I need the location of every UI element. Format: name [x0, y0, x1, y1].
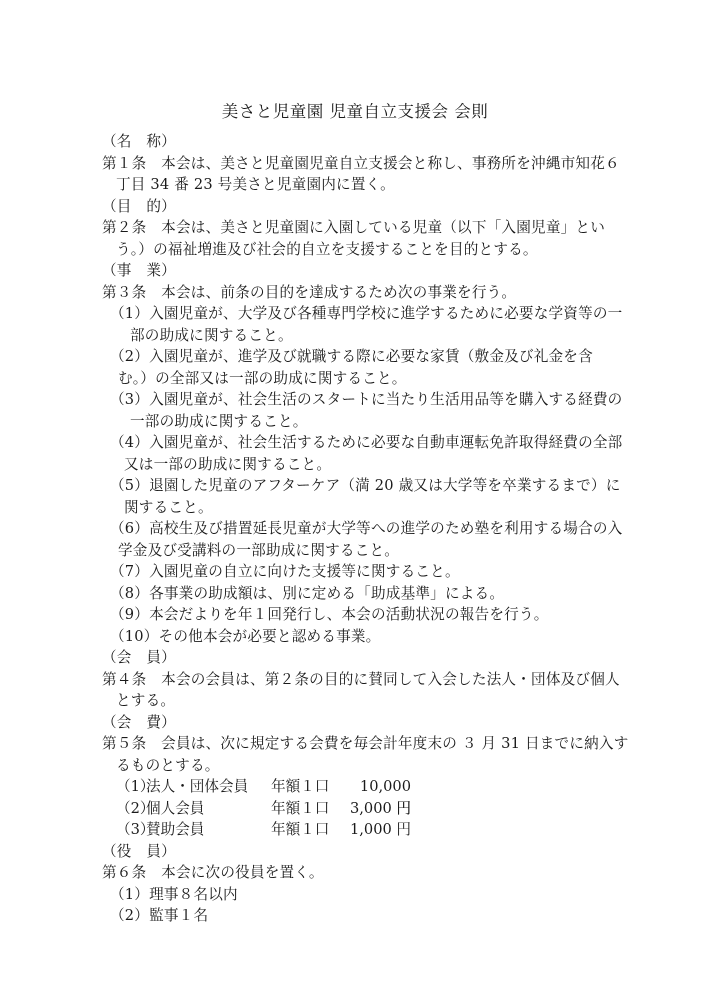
business-item-1: （1）入園児童が、大学及び各種専門学校に進学するために必要な学資等の一: [102, 303, 647, 325]
document-title: 美さと児童園 児童自立支援会 会則: [0, 98, 710, 122]
fee-row: （3） 賛助会員 年額１口 1,000 円: [102, 819, 647, 841]
article-3: 第３条 本会は、前条の目的を達成するため次の事業を行う。: [102, 282, 647, 304]
fee-amount: 1,000 円: [347, 819, 411, 841]
article-2-cont: う。）の福祉増進及び社会的自立を支援することを目的とする。: [102, 239, 647, 261]
article-4-cont: とする。: [102, 690, 647, 712]
business-item-5: （5）退園した児童のアフターケア（満 20 歳又は大学等を卒業するまで）に: [102, 475, 647, 497]
fee-unit: 年額１口: [271, 819, 347, 841]
fee-member-type: 個人会員: [146, 798, 271, 820]
section-heading-business: （事 業）: [102, 260, 647, 282]
fee-unit: 年額１口: [271, 798, 347, 820]
officer-item-2: （2）監事１名: [102, 905, 647, 927]
business-item-10: （10）その他本会が必要と認める事業。: [102, 626, 647, 648]
article-4: 第４条 本会の会員は、第２条の目的に賛同して入会した法人・団体及び個人: [102, 669, 647, 691]
fee-member-type: 賛助会員: [146, 819, 271, 841]
business-item-7: （7）入園児童の自立に向けた支援等に関すること。: [102, 561, 647, 583]
business-item-2-cont: む。）の全部又は一部の助成に関すること。: [102, 368, 647, 390]
fee-row: （1） 法人・団体会員 年額１口 10,000 円: [102, 776, 647, 798]
section-heading-name: （名 称）: [102, 131, 647, 153]
fee-number: （1）: [116, 776, 146, 798]
officer-item-1: （1）理事８名以内: [102, 884, 647, 906]
section-heading-purpose: （目 的）: [102, 196, 647, 218]
fee-amount: 10,000 円: [347, 776, 411, 798]
fee-amount: 3,000 円: [347, 798, 411, 820]
fee-row: （2） 個人会員 年額１口 3,000 円: [102, 798, 647, 820]
fee-number: （3）: [116, 819, 146, 841]
business-item-3: （3）入園児童が、社会生活のスタートに当たり生活用品等を購入する経費の: [102, 389, 647, 411]
business-item-8: （8）各事業の助成額は、別に定める「助成基準」による。: [102, 583, 647, 605]
section-heading-members: （会 員）: [102, 647, 647, 669]
business-item-4-cont: 又は一部の助成に関すること。: [102, 454, 647, 476]
document-body: （名 称） 第１条 本会は、美さと児童園児童自立支援会と称し、事務所を沖縄市知花…: [102, 131, 647, 927]
business-item-1-cont: 部の助成に関すること。: [102, 325, 647, 347]
article-6: 第６条 本会に次の役員を置く。: [102, 862, 647, 884]
business-item-3-cont: 一部の助成に関すること。: [102, 411, 647, 433]
business-item-5-cont: 関すること。: [102, 497, 647, 519]
fee-member-type: 法人・団体会員: [146, 776, 271, 798]
fee-number: （2）: [116, 798, 146, 820]
section-heading-officers: （役 員）: [102, 841, 647, 863]
business-item-6: （6）高校生及び措置延長児童が大学等への進学のため塾を利用する場合の入: [102, 518, 647, 540]
article-1-cont: 丁目 34 番 23 号美さと児童園内に置く。: [102, 174, 647, 196]
business-item-6-cont: 学金及び受講料の一部助成に関すること。: [102, 540, 647, 562]
business-item-4: （4）入園児童が、社会生活するために必要な自動車運転免許取得経費の全部: [102, 432, 647, 454]
article-2: 第２条 本会は、美さと児童園に入園している児童（以下「入園児童」とい: [102, 217, 647, 239]
business-item-2: （2）入園児童が、進学及び就職する際に必要な家賃（敷金及び礼金を含: [102, 346, 647, 368]
article-5-cont: るものとする。: [102, 755, 647, 777]
article-1: 第１条 本会は、美さと児童園児童自立支援会と称し、事務所を沖縄市知花６: [102, 153, 647, 175]
fee-unit: 年額１口: [271, 776, 347, 798]
section-heading-fees: （会 費）: [102, 712, 647, 734]
business-item-9: （9）本会だよりを年１回発行し、本会の活動状況の報告を行う。: [102, 604, 647, 626]
article-5: 第５条 会員は、次に規定する会費を毎会計年度末の ３ 月 31 日までに納入す: [102, 733, 647, 755]
